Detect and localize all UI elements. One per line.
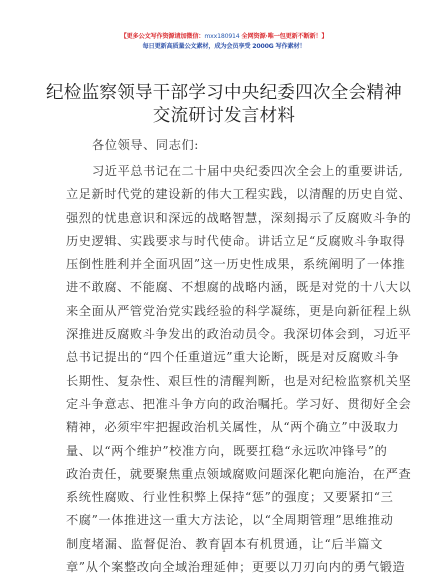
paragraph-line: 压倒性胜利并全面巩固”这一历史性成果，系统阐明了一体推 [66, 253, 383, 276]
paragraph-line: 长期性、复杂性、艰巨性的清醒判断，也是对纪检监察机关坚 [66, 370, 383, 393]
paragraph-line: 深推进反腐败斗争发出的政治动员令。我深切体会到，习近平 [66, 323, 383, 346]
promo-wechat-id: mxx180914 [204, 33, 239, 40]
promo-banner-line-1: 【更多公文写作资源请加微信：mxx180914 全网资源·唯一包更新不断新！】 [0, 31, 448, 40]
salutation: 各位领导、同志们: [92, 135, 199, 155]
paragraph-line: 历史逻辑、实践要求与时代使命。讲话立足“反腐败斗争取得 [66, 230, 383, 253]
paragraph-line: 不腐”一体推进这一重大方法论，以“全周期管理”思维推动 [66, 509, 383, 532]
paragraph-line: 政治责任，就要聚焦重点领域腐败问题深化靶向施治，在严查 [66, 463, 383, 486]
body-paragraph: 习近平总书记在二十届中央纪委四次全会上的重要讲话, 立足新时代党的建设新的伟大工… [66, 160, 383, 579]
paragraph-line: 精神，必须牢牢把握政治机关属性，从“两个确立”中汲取力 [66, 416, 383, 439]
promo-suffix: 全网资源·唯一包更新不断新！】 [240, 33, 328, 40]
paragraph-line: 习近平总书记在二十届中央纪委四次全会上的重要讲话, [66, 160, 383, 183]
promo-prefix: 【更多公文写作资源请加微信： [121, 33, 205, 40]
paragraph-line: 定斗争意志、把准斗争方向的政治嘱托。学习好、贯彻好全会 [66, 393, 383, 416]
page-number: 1 [0, 545, 448, 554]
paragraph-line: 来全面从严管党治党实践经验的科学凝练，更是向新征程上纵 [66, 300, 383, 323]
paragraph-line: 章”从个案整改向全域治理延伸；更要以刀刃向内的勇气锻造 [66, 556, 383, 579]
document-title-line-2: 交流研讨发言材料 [0, 105, 448, 128]
paragraph-line: 进不敢腐、不能腐、不想腐的战略内涵，既是对党的十八大以 [66, 276, 383, 299]
paragraph-line: 强烈的忧患意识和深远的战略智慧，深刻揭示了反腐败斗争的 [66, 207, 383, 230]
paragraph-line: 量、以“两个维护”校准方向，既要扛稳“永远吹冲锋号”的 [66, 440, 383, 463]
paragraph-line: 立足新时代党的建设新的伟大工程实践，以清醒的历史自觉、 [66, 183, 383, 206]
promo-banner-line-2: 每日更新高质量公文素材，成为会员享受 2000G 写作素材！ [0, 41, 448, 50]
paragraph-line: 系统性腐败、行业性积弊上保持“惩”的强度；又要紧扣“三 [66, 486, 383, 509]
document-title-line-1: 纪检监察领导干部学习中央纪委四次全会精神 [0, 82, 448, 105]
paragraph-line: 总书记提出的“四个任重道远”重大论断，既是对反腐败斗争 [66, 346, 383, 369]
